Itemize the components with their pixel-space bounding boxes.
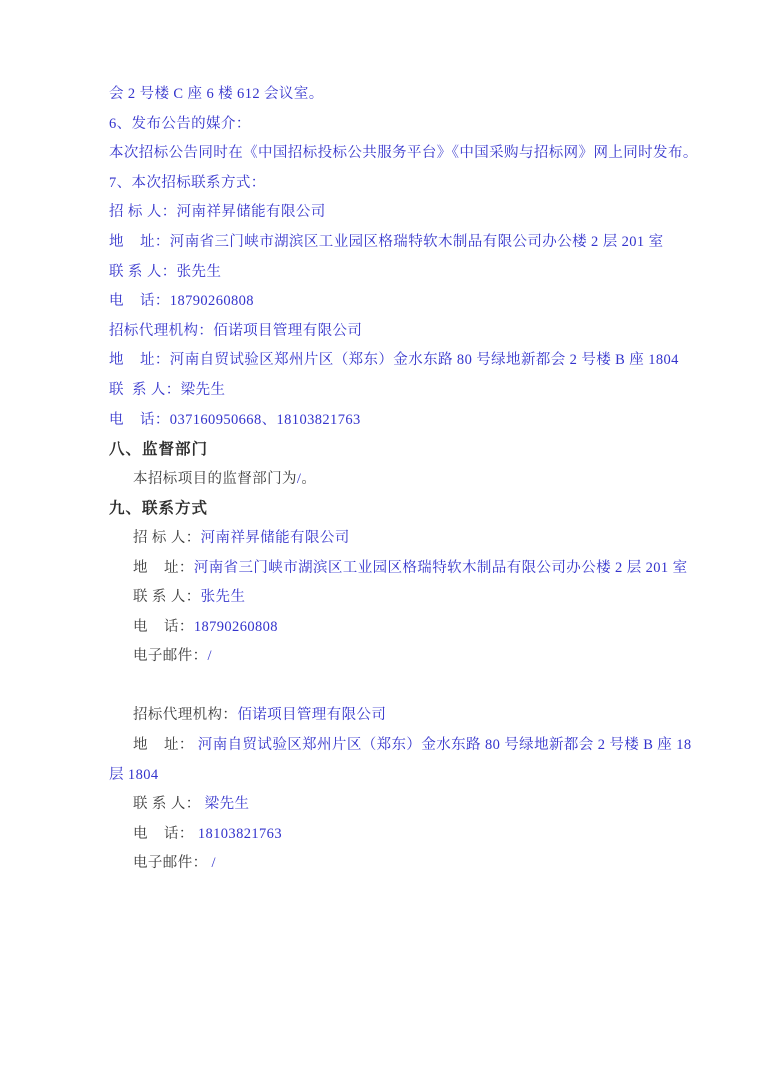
text-segment: 招标代理机构：佰诺项目管理有限公司 (109, 323, 362, 339)
tenderer-phone-line: 电 话：18790260808 (109, 287, 669, 317)
agency-line-2: 招标代理机构：佰诺项目管理有限公司 (109, 701, 669, 731)
tenderer-email-line: 电子邮件：/ (109, 642, 669, 672)
section7-heading: 7、本次招标联系方式： (109, 169, 669, 199)
text-segment: 河南自贸试验区郑州片区（郑东）金水东路 80 号绿地新都会 2 号楼 B 座 1… (194, 737, 692, 753)
text-segment: 地 址：河南自贸试验区郑州片区（郑东）金水东路 80 号绿地新都会 2 号楼 B… (109, 352, 679, 368)
text-segment: 地 址：河南省三门峡市湖滨区工业园区格瑞特软木制品有限公司办公楼 2 层 201… (109, 234, 664, 250)
agency-contact-line: 联 系 人：梁先生 (109, 376, 669, 406)
meeting-room-line: 会 2 号楼 C 座 6 楼 612 会议室。 (109, 80, 669, 110)
tenderer-contact-line: 联 系 人：张先生 (109, 258, 669, 288)
text-segment: 7、本次招标联系方式： (109, 175, 266, 191)
agency-phone-line-2: 电 话： 18103821763 (109, 820, 669, 850)
document-page: 会 2 号楼 C 座 6 楼 612 会议室。6、发布公告的媒介：本次招标公告同… (0, 0, 757, 1072)
agency-contact-line-2: 联 系 人： 梁先生 (109, 790, 669, 820)
text-segment: 电 话： (133, 619, 194, 635)
text-segment: 18790260808 (194, 619, 278, 635)
supervision-line: 本招标项目的监督部门为/。 (109, 465, 669, 495)
text-segment: 梁先生 (201, 796, 250, 812)
tenderer-contact-line-2: 联 系 人：张先生 (109, 583, 669, 613)
tenderer-phone-line-2: 电 话：18790260808 (109, 613, 669, 643)
section8-heading: 八、监督部门 (109, 435, 669, 465)
text-segment: / (208, 855, 216, 871)
text-segment: 会 2 号楼 C 座 6 楼 612 会议室。 (109, 86, 324, 102)
text-segment: 本招标项目的监督部门为 (133, 471, 297, 487)
tenderer-line-2: 招 标 人：河南祥昇储能有限公司 (109, 524, 669, 554)
text-segment: 联 系 人： (133, 796, 201, 812)
text-segment: 电 话：18790260808 (109, 293, 254, 309)
text-segment: 联 系 人：张先生 (109, 264, 221, 280)
text-segment: 佰诺项目管理有限公司 (237, 707, 386, 723)
text-segment: 本次招标公告同时在《中国招标投标公共服务平台》《中国采购与招标网》网上同时发布。 (109, 145, 698, 161)
document-body: 会 2 号楼 C 座 6 楼 612 会议室。6、发布公告的媒介：本次招标公告同… (109, 80, 669, 879)
text-segment: 招标代理机构： (133, 707, 237, 723)
text-segment: 张先生 (201, 589, 246, 605)
agency-address-line: 地 址：河南自贸试验区郑州片区（郑东）金水东路 80 号绿地新都会 2 号楼 B… (109, 346, 669, 376)
agency-line: 招标代理机构：佰诺项目管理有限公司 (109, 317, 669, 347)
tenderer-address-line: 地 址：河南省三门峡市湖滨区工业园区格瑞特软木制品有限公司办公楼 2 层 201… (109, 228, 669, 258)
agency-address-wrap-line: 层 1804 (109, 761, 669, 791)
text-segment: 18103821763 (194, 826, 282, 842)
agency-email-line: 电子邮件： / (109, 849, 669, 879)
text-segment: 招 标 人： (133, 530, 201, 546)
text-segment: 电 话：037160950668、18103821763 (109, 412, 361, 428)
text-segment: 联 系 人：梁先生 (109, 382, 225, 398)
text-segment: 电子邮件： (133, 855, 208, 871)
text-segment: 层 1804 (109, 767, 159, 783)
text-segment: 。 (301, 471, 316, 487)
agency-phone-line: 电 话：037160950668、18103821763 (109, 406, 669, 436)
text-segment: 联 系 人： (133, 589, 201, 605)
text-segment: 八、监督部门 (109, 441, 208, 458)
tenderer-line: 招 标 人：河南祥昇储能有限公司 (109, 198, 669, 228)
section6-heading: 6、发布公告的媒介： (109, 110, 669, 140)
tenderer-address-line-2: 地 址：河南省三门峡市湖滨区工业园区格瑞特软木制品有限公司办公楼 2 层 201… (109, 554, 669, 584)
announcement-media-line: 本次招标公告同时在《中国招标投标公共服务平台》《中国采购与招标网》网上同时发布。 (109, 139, 669, 169)
text-segment: 6、发布公告的媒介： (109, 116, 251, 132)
text-segment: 河南省三门峡市湖滨区工业园区格瑞特软木制品有限公司办公楼 2 层 201 室 (194, 560, 688, 576)
text-segment: 九、联系方式 (109, 500, 208, 517)
text-segment: 电 话： (133, 826, 194, 842)
blank-line (109, 672, 669, 702)
section9-heading: 九、联系方式 (109, 494, 669, 524)
text-segment: 地 址： (133, 560, 194, 576)
text-segment: 地 址： (133, 737, 194, 753)
text-segment: 招 标 人：河南祥昇储能有限公司 (109, 204, 326, 220)
agency-address-line-2: 地 址： 河南自贸试验区郑州片区（郑东）金水东路 80 号绿地新都会 2 号楼 … (109, 731, 669, 761)
text-segment: 河南祥昇储能有限公司 (201, 530, 350, 546)
text-segment: 电子邮件： (133, 648, 208, 664)
text-segment: / (208, 648, 212, 664)
